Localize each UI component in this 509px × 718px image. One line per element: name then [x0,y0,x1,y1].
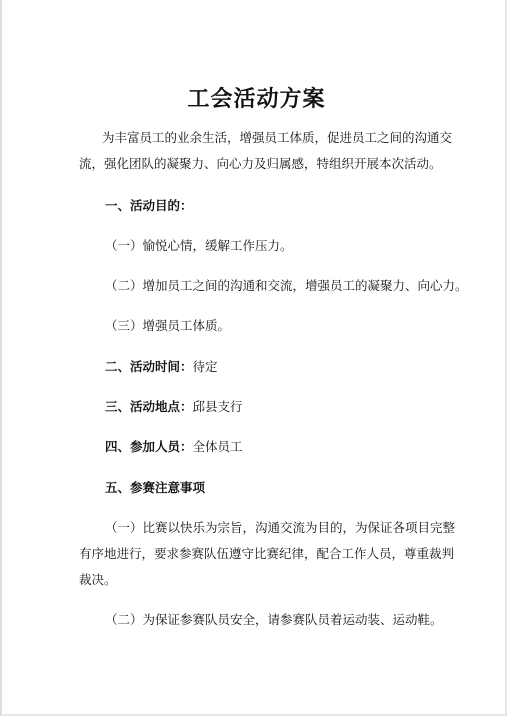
section-5-item-1-line-3: 裁决。 [79,572,117,588]
section-1-item-1: （一）愉悦心情，缓解工作压力。 [105,238,293,254]
section-3: 三、活动地点：邱县支行 [105,399,243,415]
section-5-item-1-line-2: 有序地进行，要求参赛队伍遵守比赛纪律，配合工作人员，尊重裁判 [79,546,454,562]
section-1-item-2: （二）增加员工之间的沟通和交流，增强员工的凝聚力、向心力。 [105,278,468,294]
intro-line-1: 为丰富员工的业余生活，增强员工体质，促进员工之间的沟通交 [102,130,452,146]
section-2: 二、活动时间：待定 [105,359,218,375]
intro-line-2: 流，强化团队的凝聚力、向心力及归属感，特组织开展本次活动。 [79,156,442,172]
section-3-value: 邱县支行 [193,399,243,414]
section-1-item-3: （三）增强员工体质。 [105,318,230,334]
section-5-item-1-line-1: （一）比赛以快乐为宗旨，沟通交流为目的，为保证各项目完整 [105,520,455,536]
section-2-heading: 二、活动时间： [105,359,193,374]
document-page: 工会活动方案 为丰富员工的业余生活，增强员工体质，促进员工之间的沟通交 流，强化… [0,0,507,716]
section-3-heading: 三、活动地点： [105,399,193,414]
section-4: 四、参加人员：全体员工 [105,439,243,455]
section-4-heading: 四、参加人员： [105,439,193,454]
section-5-item-2: （二）为保证参赛队员安全，请参赛队员着运动装、运动鞋。 [105,612,443,628]
section-4-value: 全体员工 [193,439,243,454]
section-5-heading: 五、参赛注意事项 [105,480,205,496]
section-2-value: 待定 [193,359,218,374]
document-title: 工会活动方案 [2,82,509,113]
section-1-heading: 一、活动目的： [105,198,193,214]
